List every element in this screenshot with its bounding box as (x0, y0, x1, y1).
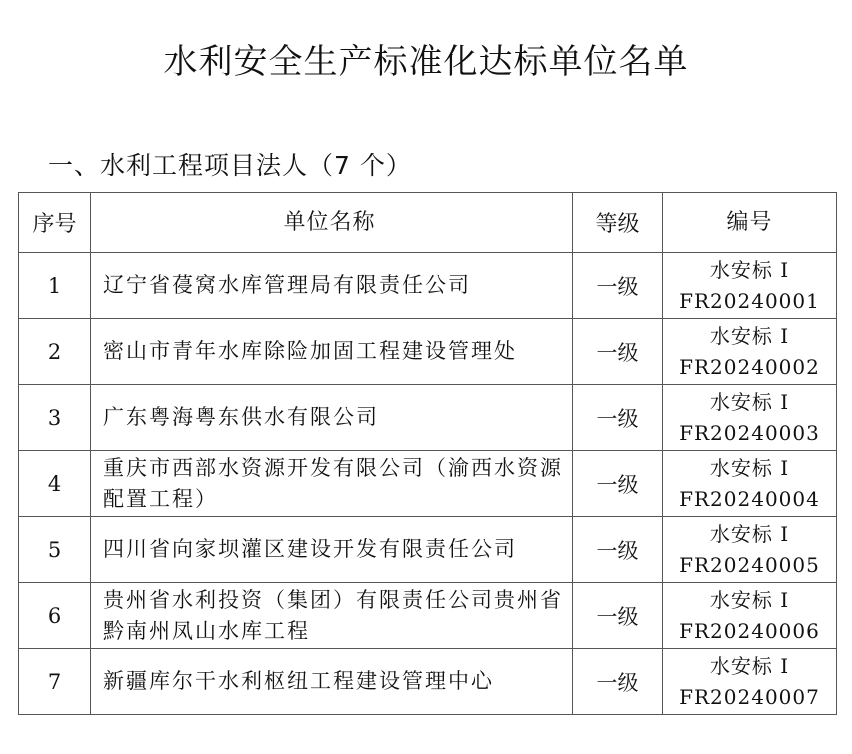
row-grade: 一级 (573, 253, 663, 319)
code-prefix: 水安标 I (663, 255, 836, 286)
row-name: 广东粤海粤东供水有限公司 (91, 385, 573, 451)
row-code: 水安标 I FR20240001 (663, 253, 837, 319)
row-no: 1 (19, 253, 91, 319)
row-code: 水安标 I FR20240002 (663, 319, 837, 385)
row-no: 7 (19, 649, 91, 715)
row-name: 密山市青年水库除险加固工程建设管理处 (91, 319, 573, 385)
row-no: 3 (19, 385, 91, 451)
code-prefix: 水安标 I (663, 585, 836, 616)
code-prefix: 水安标 I (663, 519, 836, 550)
row-no: 4 (19, 451, 91, 517)
header-no: 序号 (19, 193, 91, 253)
code-prefix: 水安标 I (663, 453, 836, 484)
header-name: 单位名称 (91, 193, 573, 253)
row-name: 四川省向家坝灌区建设开发有限责任公司 (91, 517, 573, 583)
section-heading: 一、水利工程项目法人（7 个） (48, 148, 412, 184)
row-grade: 一级 (573, 583, 663, 649)
table-row: 4 重庆市西部水资源开发有限公司（渝西水资源配置工程） 一级 水安标 I FR2… (19, 451, 837, 517)
row-code: 水安标 I FR20240007 (663, 649, 837, 715)
row-no: 6 (19, 583, 91, 649)
table-row: 3 广东粤海粤东供水有限公司 一级 水安标 I FR20240003 (19, 385, 837, 451)
code-prefix: 水安标 I (663, 387, 836, 418)
row-no: 2 (19, 319, 91, 385)
row-grade: 一级 (573, 649, 663, 715)
row-name: 辽宁省葠窝水库管理局有限责任公司 (91, 253, 573, 319)
table-row: 6 贵州省水利投资（集团）有限责任公司贵州省黔南州凤山水库工程 一级 水安标 I… (19, 583, 837, 649)
table-row: 5 四川省向家坝灌区建设开发有限责任公司 一级 水安标 I FR20240005 (19, 517, 837, 583)
roster-table: 序号 单位名称 等级 编号 1 辽宁省葠窝水库管理局有限责任公司 一级 水安标 … (18, 192, 837, 715)
row-code: 水安标 I FR20240006 (663, 583, 837, 649)
code-number: FR20240004 (663, 484, 836, 515)
table-header-row: 序号 单位名称 等级 编号 (19, 193, 837, 253)
row-grade: 一级 (573, 517, 663, 583)
code-number: FR20240005 (663, 550, 836, 581)
header-grade: 等级 (573, 193, 663, 253)
table-row: 1 辽宁省葠窝水库管理局有限责任公司 一级 水安标 I FR20240001 (19, 253, 837, 319)
row-grade: 一级 (573, 451, 663, 517)
row-name: 新疆库尔干水利枢纽工程建设管理中心 (91, 649, 573, 715)
code-prefix: 水安标 I (663, 651, 836, 682)
row-code: 水安标 I FR20240005 (663, 517, 837, 583)
code-number: FR20240003 (663, 418, 836, 449)
code-number: FR20240001 (663, 286, 836, 317)
row-code: 水安标 I FR20240003 (663, 385, 837, 451)
row-grade: 一级 (573, 385, 663, 451)
row-code: 水安标 I FR20240004 (663, 451, 837, 517)
row-name: 重庆市西部水资源开发有限公司（渝西水资源配置工程） (91, 451, 573, 517)
code-number: FR20240006 (663, 616, 836, 647)
code-prefix: 水安标 I (663, 321, 836, 352)
row-grade: 一级 (573, 319, 663, 385)
header-code: 编号 (663, 193, 837, 253)
document-title: 水利安全生产标准化达标单位名单 (0, 38, 852, 86)
row-no: 5 (19, 517, 91, 583)
code-number: FR20240002 (663, 352, 836, 383)
table-row: 7 新疆库尔干水利枢纽工程建设管理中心 一级 水安标 I FR20240007 (19, 649, 837, 715)
code-number: FR20240007 (663, 682, 836, 713)
row-name: 贵州省水利投资（集团）有限责任公司贵州省黔南州凤山水库工程 (91, 583, 573, 649)
table-row: 2 密山市青年水库除险加固工程建设管理处 一级 水安标 I FR20240002 (19, 319, 837, 385)
